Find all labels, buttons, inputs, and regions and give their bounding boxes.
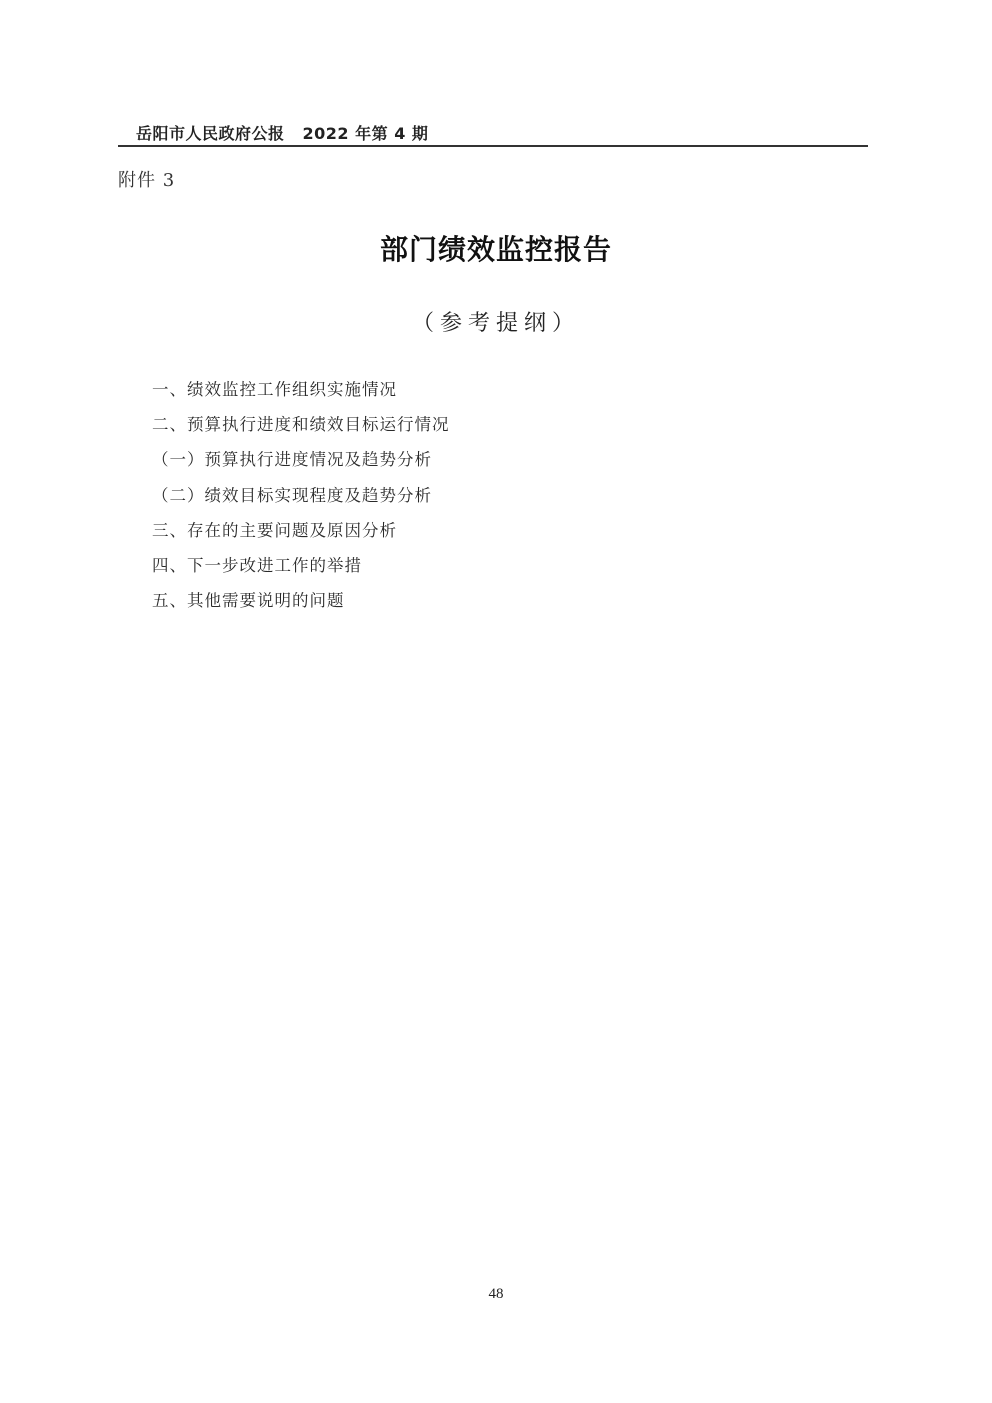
outline-list: 一、绩效监控工作组织实施情况 二、预算执行进度和绩效目标运行情况 （一）预算执行… — [152, 372, 450, 618]
document-title: 部门绩效监控报告 — [0, 228, 992, 268]
header-divider — [118, 145, 868, 147]
outline-item: 一、绩效监控工作组织实施情况 — [152, 372, 450, 407]
outline-item: （二）绩效目标实现程度及趋势分析 — [152, 478, 450, 513]
outline-item: 三、存在的主要问题及原因分析 — [152, 513, 450, 548]
running-header: 岳阳市人民政府公报2022 年第 4 期 — [136, 121, 428, 144]
page-number: 48 — [0, 1286, 992, 1303]
attachment-label: 附件 3 — [118, 166, 175, 192]
document-subtitle: （参考提纲） — [0, 306, 992, 337]
outline-item: 二、预算执行进度和绩效目标运行情况 — [152, 407, 450, 442]
outline-item: （一）预算执行进度情况及趋势分析 — [152, 442, 450, 477]
publication-name: 岳阳市人民政府公报 — [136, 124, 285, 143]
issue-number: 2022 年第 4 期 — [303, 124, 429, 143]
outline-item: 四、下一步改进工作的举措 — [152, 548, 450, 583]
outline-item: 五、其他需要说明的问题 — [152, 583, 450, 618]
